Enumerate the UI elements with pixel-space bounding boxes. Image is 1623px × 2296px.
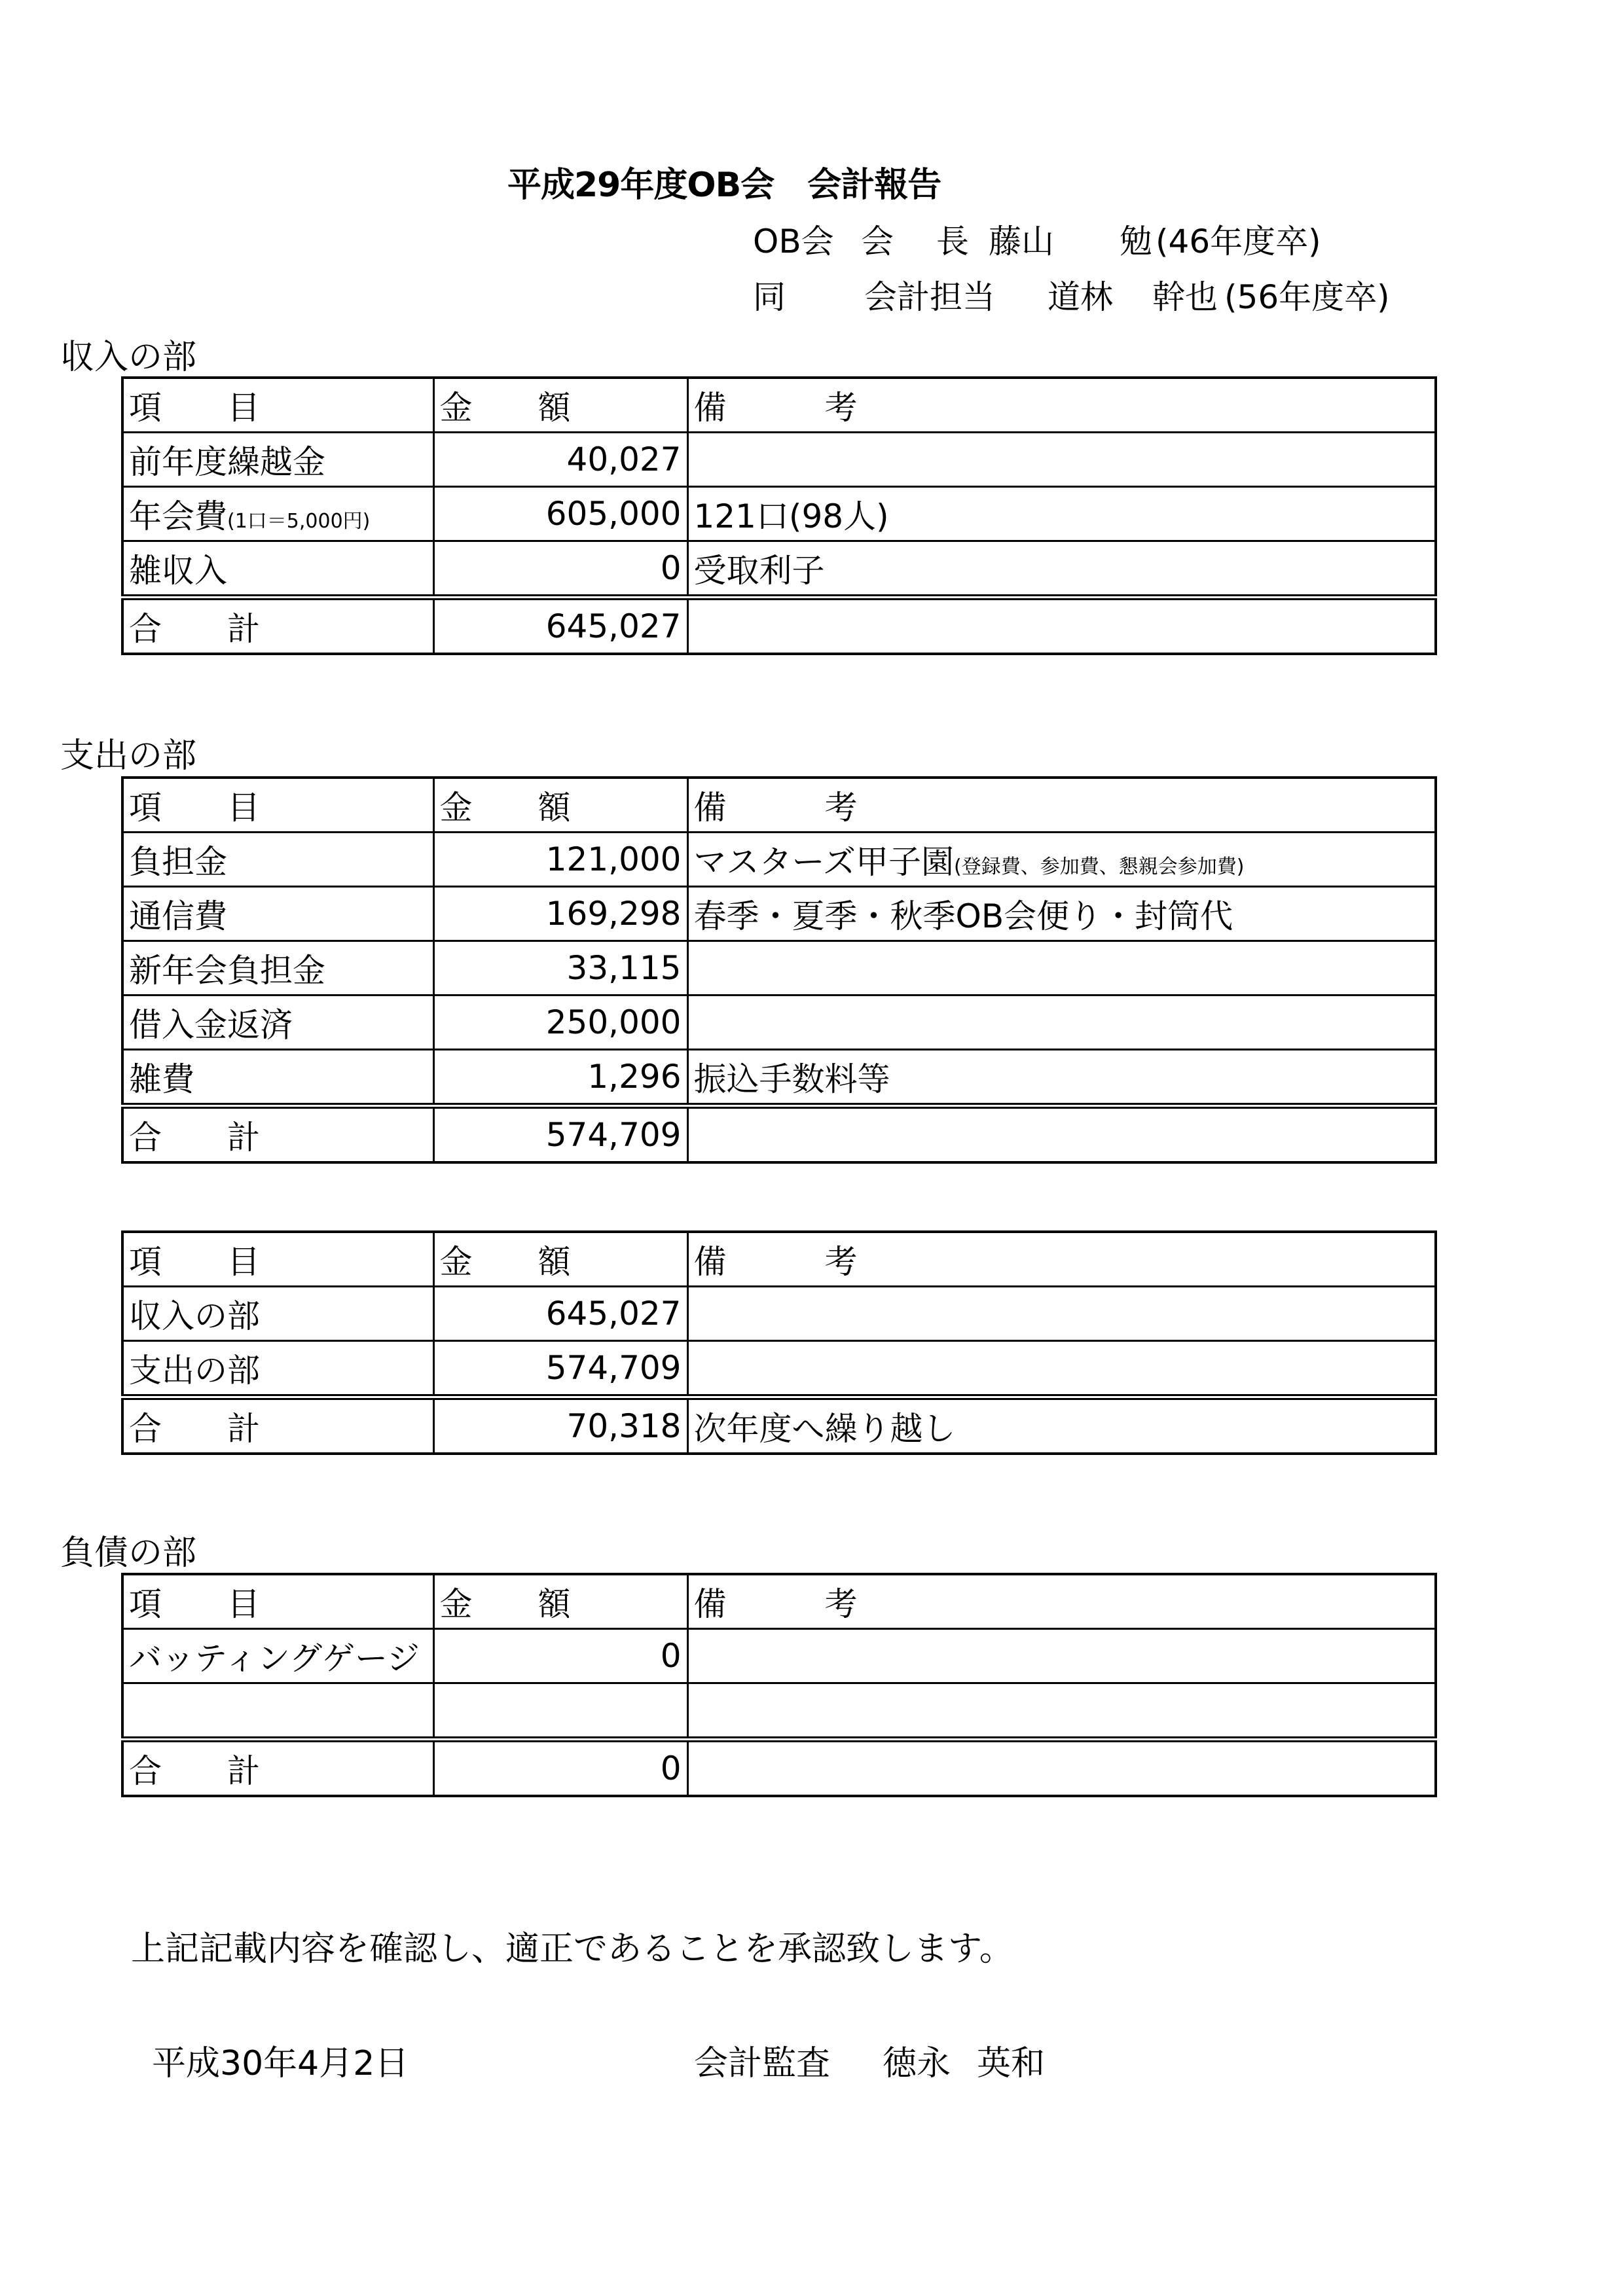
amount-cell (433, 1683, 687, 1740)
approval-statement: 上記記載内容を確認し、適正であることを承認致します。 (131, 1921, 1013, 1970)
item-cell: 収入の部 (122, 1287, 433, 1341)
table-row (122, 1683, 1436, 1740)
item-cell: 前年度繰越金 (122, 433, 433, 487)
total-remarks (687, 598, 1436, 655)
total-row: 合 計 0 (122, 1740, 1436, 1797)
table-header-row: 項 目 金 額 備 考 (122, 378, 1436, 433)
table-header-row: 項 目 金 額 備 考 (122, 1232, 1436, 1287)
total-amount: 645,027 (433, 598, 687, 655)
balance-table: 項 目 金 額 備 考 収入の部 645,027 支出の部 574,709 合 … (121, 1230, 1437, 1455)
income-table: 項 目 金 額 備 考 前年度繰越金 40,027 年会費(1口＝5,000円)… (121, 376, 1437, 655)
treasurer-given-name: 幹也 (1152, 271, 1224, 318)
header-remarks: 備 考 (687, 1574, 1436, 1629)
table-row: 新年会負担金 33,115 (122, 941, 1436, 996)
role-char-1: 会 (838, 215, 917, 262)
item-cell: 負担金 (122, 833, 433, 887)
table-row: 年会費(1口＝5,000円) 605,000 121口(98人) (122, 487, 1436, 541)
amount-cell: 40,027 (433, 433, 687, 487)
expenditure-section-label: 支出の部 (60, 728, 196, 777)
total-remarks: 次年度へ繰り越し (687, 1397, 1436, 1454)
header-amount: 金 額 (433, 378, 687, 433)
remarks-cell (687, 1629, 1436, 1683)
item-label: 年会費 (129, 497, 227, 535)
table-row: 通信費 169,298 春季・夏季・秋季OB会便り・封筒代 (122, 887, 1436, 941)
remarks-cell: 振込手数料等 (687, 1050, 1436, 1106)
table-header-row: 項 目 金 額 備 考 (122, 778, 1436, 833)
table-row: 前年度繰越金 40,027 (122, 433, 1436, 487)
item-cell: バッティングゲージ (122, 1629, 433, 1683)
total-row: 合 計 70,318 次年度へ繰り越し (122, 1397, 1436, 1454)
president-given-name: 勉 (1120, 215, 1156, 262)
amount-cell: 574,709 (433, 1341, 687, 1397)
header-amount: 金 額 (433, 1574, 687, 1629)
treasurer-role: 会計担当 (864, 271, 1048, 318)
expenditure-table: 項 目 金 額 備 考 負担金 121,000 マスターズ甲子園(登録費、参加費… (121, 776, 1437, 1164)
header-amount: 金 額 (433, 1232, 687, 1287)
item-cell: 雑費 (122, 1050, 433, 1106)
remarks-cell: 受取利子 (687, 541, 1436, 598)
table-row: 収入の部 645,027 (122, 1287, 1436, 1341)
table-row: 雑費 1,296 振込手数料等 (122, 1050, 1436, 1106)
auditor-signature: 会計監査徳永英和 (694, 2036, 1045, 2085)
president-graduation: (46年度卒) (1156, 215, 1321, 262)
table-row: 雑収入 0 受取利子 (122, 541, 1436, 598)
auditor-surname: 徳永 (883, 2044, 951, 2083)
org-label: OB会 (753, 215, 838, 262)
same-label: 同 (753, 271, 864, 318)
total-label: 合 計 (122, 598, 433, 655)
table-header-row: 項 目 金 額 備 考 (122, 1574, 1436, 1629)
auditor-role: 会計監査 (694, 2044, 830, 2083)
item-label: 前年度繰越金 (129, 443, 325, 481)
income-section-label: 収入の部 (60, 329, 196, 378)
amount-cell: 33,115 (433, 941, 687, 996)
remarks-cell (687, 941, 1436, 996)
amount-cell: 250,000 (433, 996, 687, 1050)
header-remarks: 備 考 (687, 778, 1436, 833)
amount-cell: 1,296 (433, 1050, 687, 1106)
table-row: バッティングゲージ 0 (122, 1629, 1436, 1683)
total-label: 合 計 (122, 1740, 433, 1797)
header-remarks: 備 考 (687, 1232, 1436, 1287)
liabilities-section-label: 負債の部 (60, 1525, 196, 1574)
amount-cell: 0 (433, 541, 687, 598)
remarks-cell: 121口(98人) (687, 487, 1436, 541)
role-char-2: 長 (917, 215, 989, 262)
remarks-cell: 春季・夏季・秋季OB会便り・封筒代 (687, 887, 1436, 941)
total-label: 合 計 (122, 1397, 433, 1454)
header-item: 項 目 (122, 778, 433, 833)
total-row: 合 計 574,709 (122, 1106, 1436, 1163)
remarks-cell (687, 433, 1436, 487)
remarks-cell (687, 1683, 1436, 1740)
item-cell: 雑収入 (122, 541, 433, 598)
header-item: 項 目 (122, 1574, 433, 1629)
item-cell: 支出の部 (122, 1341, 433, 1397)
report-title: 平成29年度OB会 会計報告 (507, 157, 941, 206)
remarks-text: マスターズ甲子園 (694, 843, 955, 881)
total-amount: 574,709 (433, 1106, 687, 1163)
amount-cell: 0 (433, 1629, 687, 1683)
amount-cell: 645,027 (433, 1287, 687, 1341)
remarks-cell: マスターズ甲子園(登録費、参加費、懇親会参加費) (687, 833, 1436, 887)
total-remarks (687, 1740, 1436, 1797)
auditor-given-name: 英和 (977, 2044, 1045, 2083)
item-note: (1口＝5,000円) (227, 510, 370, 533)
amount-cell: 169,298 (433, 887, 687, 941)
table-row: 負担金 121,000 マスターズ甲子園(登録費、参加費、懇親会参加費) (122, 833, 1436, 887)
item-cell: 通信費 (122, 887, 433, 941)
item-cell: 新年会負担金 (122, 941, 433, 996)
total-remarks (687, 1106, 1436, 1163)
president-surname: 藤山 (989, 215, 1120, 262)
item-cell (122, 1683, 433, 1740)
total-row: 合 計 645,027 (122, 598, 1436, 655)
item-cell: 年会費(1口＝5,000円) (122, 487, 433, 541)
total-amount: 0 (433, 1740, 687, 1797)
remarks-note: (登録費、参加費、懇親会参加費) (954, 855, 1244, 878)
header-item: 項 目 (122, 1232, 433, 1287)
header-remarks: 備 考 (687, 378, 1436, 433)
liabilities-table: 項 目 金 額 備 考 バッティングゲージ 0 合 計 0 (121, 1573, 1437, 1797)
remarks-cell (687, 996, 1436, 1050)
treasurer-surname: 道林 (1048, 271, 1152, 318)
amount-cell: 605,000 (433, 487, 687, 541)
remarks-cell (687, 1341, 1436, 1397)
signatory-president: OB会 会 長 藤山 勉 (46年度卒) (753, 216, 1321, 262)
amount-cell: 121,000 (433, 833, 687, 887)
item-cell: 借入金返済 (122, 996, 433, 1050)
table-row: 借入金返済 250,000 (122, 996, 1436, 1050)
table-row: 支出の部 574,709 (122, 1341, 1436, 1397)
treasurer-graduation: (56年度卒) (1224, 271, 1390, 318)
header-amount: 金 額 (433, 778, 687, 833)
remarks-cell (687, 1287, 1436, 1341)
total-label: 合 計 (122, 1106, 433, 1163)
header-item: 項 目 (122, 378, 433, 433)
approval-date: 平成30年4月2日 (152, 2036, 409, 2085)
item-label: 雑収入 (129, 552, 227, 590)
total-amount: 70,318 (433, 1397, 687, 1454)
signatory-treasurer: 同 会計担当 道林 幹也 (56年度卒) (753, 272, 1390, 317)
